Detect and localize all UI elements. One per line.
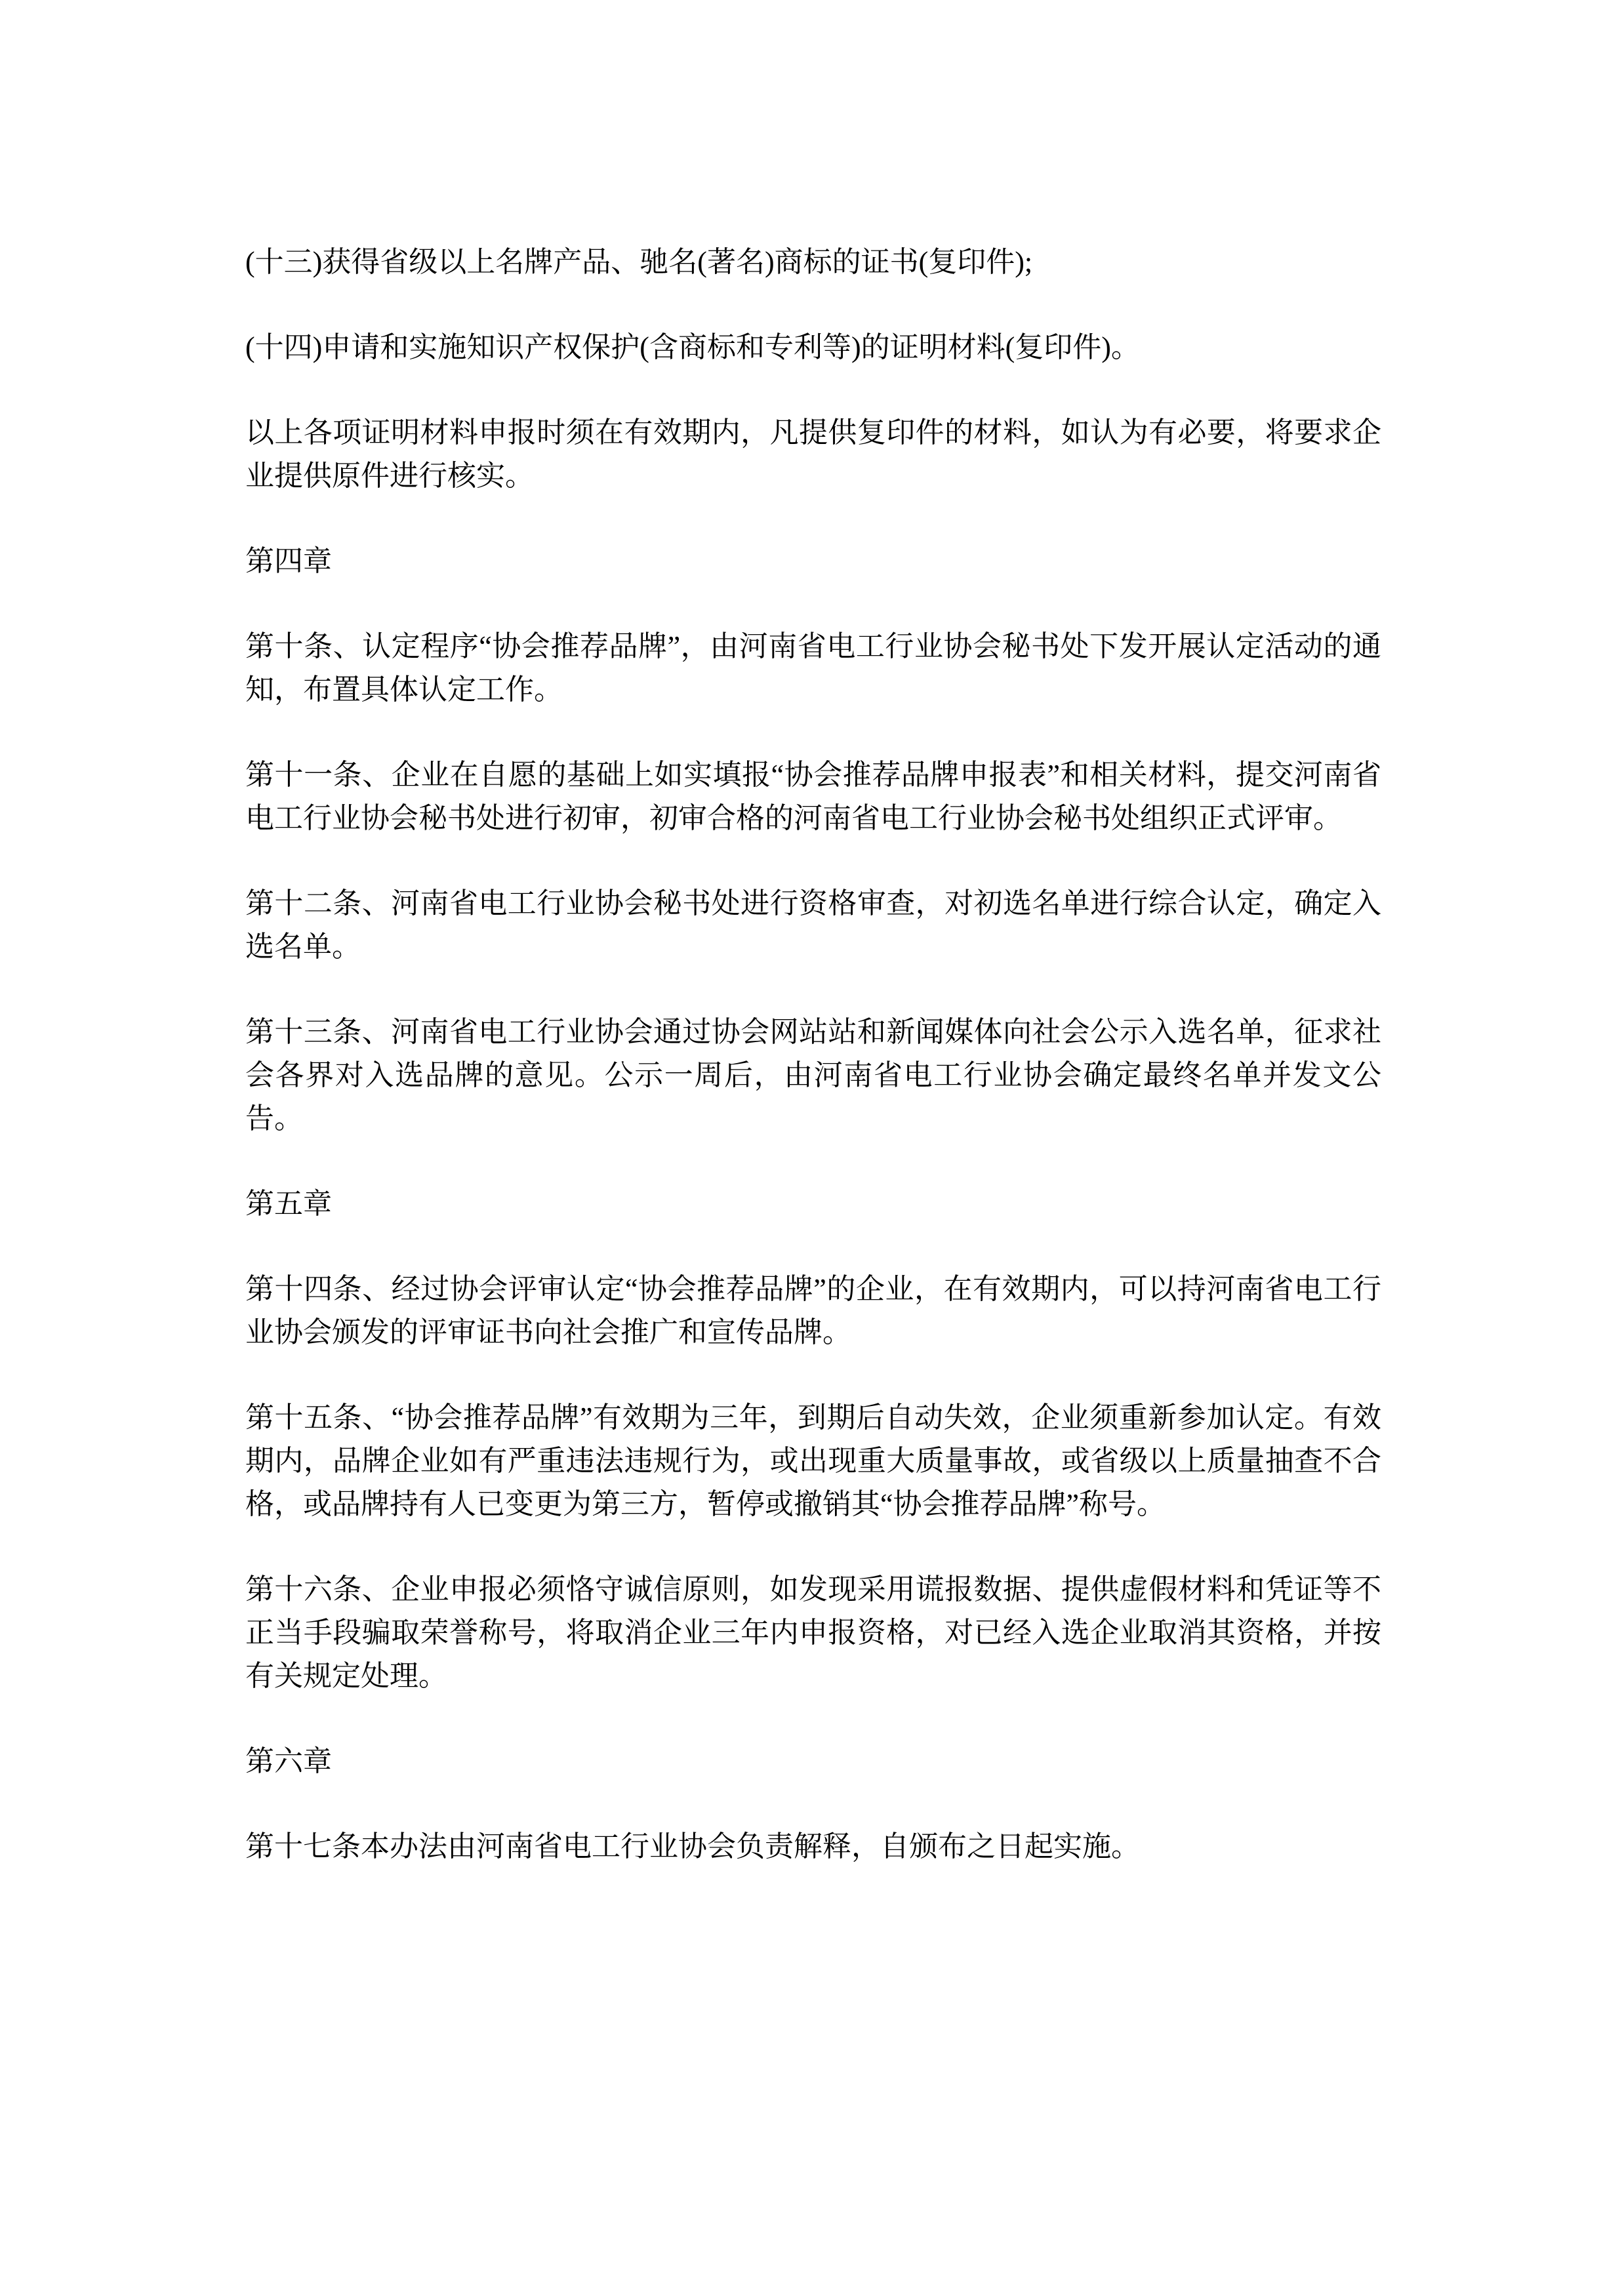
para-article-10: 第十条、认定程序“协会推荐品牌”，由河南省电工行业协会秘书处下发开展认定活动的通… xyxy=(245,625,1381,712)
document-body: (十三)获得省级以上名牌产品、驰名(著名)商标的证书(复印件); (十四)申请和… xyxy=(245,241,1381,1868)
para-note-materials: 以上各项证明材料申报时须在有效期内，凡提供复印件的材料，如认为有必要，将要求企业… xyxy=(245,411,1381,498)
para-article-16: 第十六条、企业申报必须恪守诚信原则，如发现采用谎报数据、提供虚假材料和凭证等不正… xyxy=(245,1568,1381,1698)
para-article-13: 第十三条、河南省电工行业协会通过协会网站站和新闻媒体向社会公示入选名单，征求社会… xyxy=(245,1011,1381,1140)
para-item-13: (十三)获得省级以上名牌产品、驰名(著名)商标的证书(复印件); xyxy=(245,241,1381,284)
heading-chapter-4: 第四章 xyxy=(245,540,1381,583)
heading-chapter-5: 第五章 xyxy=(245,1182,1381,1226)
para-article-17: 第十七条本办法由河南省电工行业协会负责解释，自颁布之日起实施。 xyxy=(245,1825,1381,1868)
heading-chapter-6: 第六章 xyxy=(245,1740,1381,1783)
para-article-11: 第十一条、企业在自愿的基础上如实填报“协会推荐品牌申报表”和相关材料，提交河南省… xyxy=(245,754,1381,840)
para-article-15: 第十五条、“协会推荐品牌”有效期为三年，到期后自动失效，企业须重新参加认定。有效… xyxy=(245,1396,1381,1526)
para-article-12: 第十二条、河南省电工行业协会秘书处进行资格审查，对初选名单进行综合认定，确定入选… xyxy=(245,882,1381,969)
para-item-14: (十四)申请和实施知识产权保护(含商标和专利等)的证明材料(复印件)。 xyxy=(245,326,1381,369)
para-article-14: 第十四条、经过协会评审认定“协会推荐品牌”的企业，在有效期内，可以持河南省电工行… xyxy=(245,1268,1381,1354)
document-page: (十三)获得省级以上名牌产品、驰名(著名)商标的证书(复印件); (十四)申请和… xyxy=(0,0,1624,2296)
